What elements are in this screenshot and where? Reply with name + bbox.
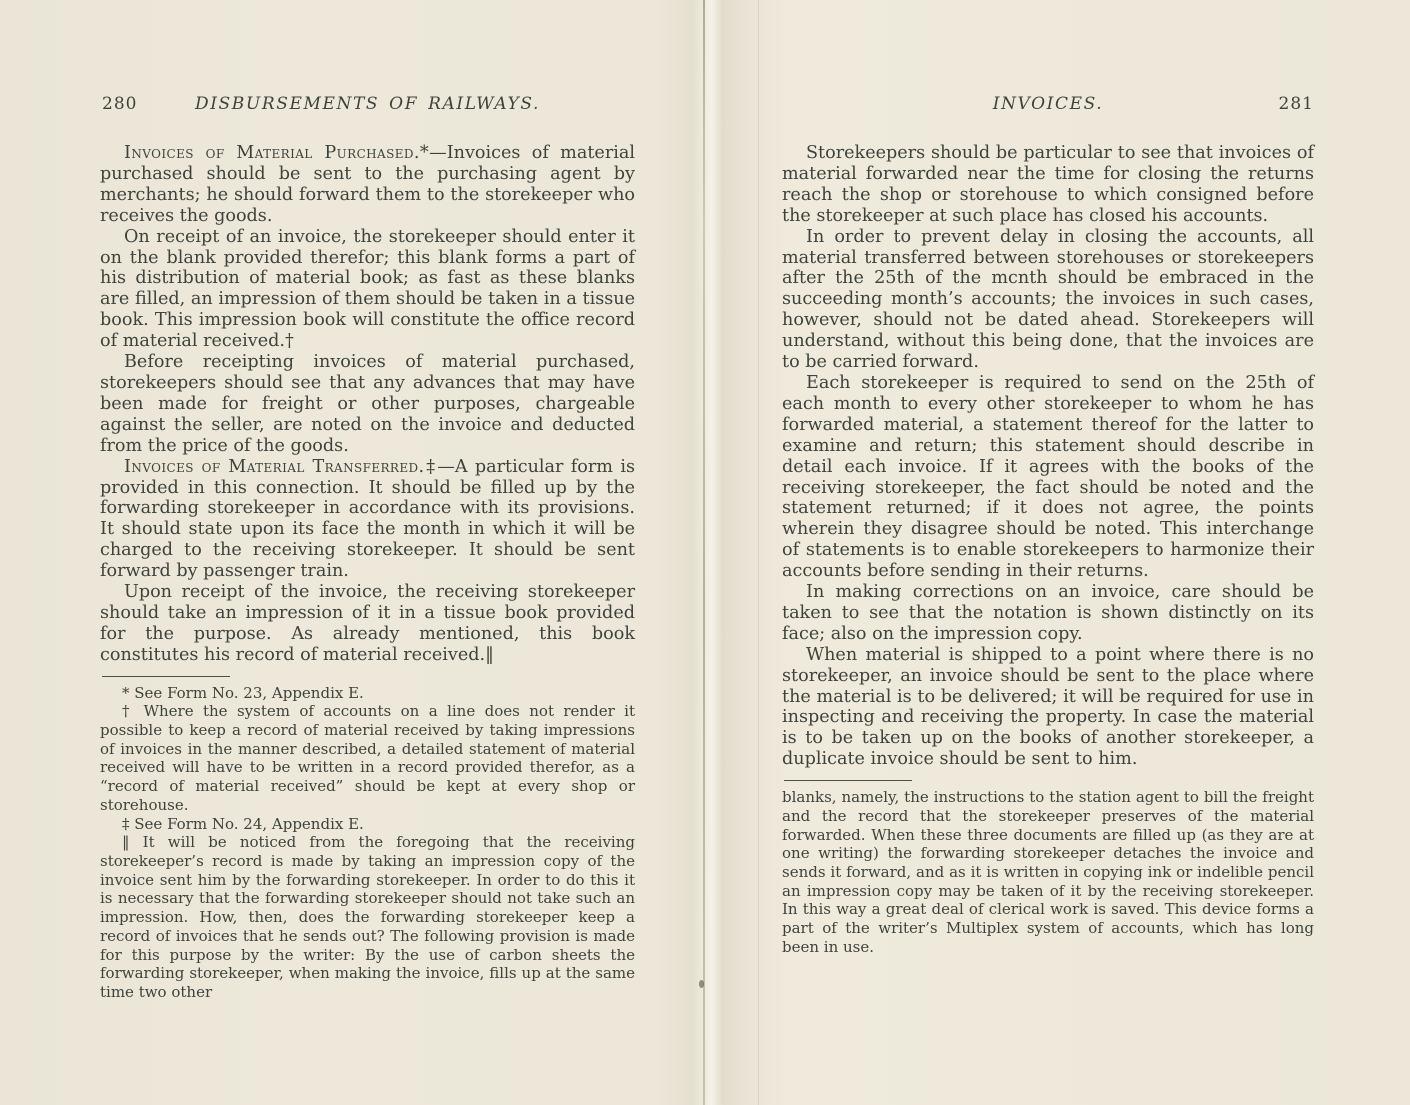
paragraph-text: Upon receipt of the invoice, the receivi… (100, 582, 635, 665)
section-heading-invoices-purchased: Invoices of Material Purchased.* (124, 143, 429, 163)
paragraph-text: Before receipting invoices of material p… (100, 352, 635, 456)
left-page-header: 280 DISBURSEMENTS OF RAILWAYS. (100, 94, 635, 122)
right-running-title: INVOICES. (782, 94, 1314, 114)
paragraph: Before receipting invoices of material p… (100, 352, 635, 457)
paragraph: On receipt of an invoice, the storekeepe… (100, 227, 635, 352)
right-page-body: Storekeepers should be particular to see… (782, 143, 1314, 770)
binding-stitch-mark (699, 980, 704, 988)
paragraph: In order to prevent delay in closing the… (782, 227, 1314, 373)
paragraph: Storekeepers should be particular to see… (782, 143, 1314, 227)
paragraph: Upon receipt of the invoice, the receivi… (100, 582, 635, 666)
book-gutter-shading (655, 0, 790, 1105)
right-page: INVOICES. 281 Storekeepers should be par… (782, 94, 1314, 957)
footnote: * See Form No. 23, Appendix E. (100, 684, 635, 703)
paragraph: Invoices of Material Purchased.*—Invoice… (100, 143, 635, 227)
right-page-edge-line (758, 0, 759, 1105)
spine-crease-line (703, 0, 705, 1105)
paragraph: Invoices of Material Transferred.‡—A par… (100, 457, 635, 582)
footnote: ‖ It will be noticed from the foregoing … (100, 833, 635, 1001)
left-running-title: DISBURSEMENTS OF RAILWAYS. (100, 94, 635, 114)
right-page-footnotes: blanks, namely, the instructions to the … (782, 788, 1314, 956)
footnote-rule (784, 780, 912, 781)
paragraph: Each storekeeper is required to send on … (782, 373, 1314, 582)
left-page-footnotes: * See Form No. 23, Appendix E. † Where t… (100, 684, 635, 1002)
left-page: 280 DISBURSEMENTS OF RAILWAYS. Invoices … (100, 94, 635, 1002)
left-page-body: Invoices of Material Purchased.*—Invoice… (100, 143, 635, 666)
paragraph: When material is shipped to a point wher… (782, 645, 1314, 770)
footnote: † Where the system of accounts on a line… (100, 702, 635, 814)
footnote-rule (102, 676, 230, 677)
footnote-continuation: blanks, namely, the instructions to the … (782, 788, 1314, 956)
right-page-number: 281 (1279, 94, 1314, 114)
paragraph-text: On receipt of an invoice, the storekeepe… (100, 227, 635, 352)
right-page-header: INVOICES. 281 (782, 94, 1314, 122)
section-heading-invoices-transferred: Invoices of Material Transferred.‡ (124, 457, 437, 477)
paragraph: In making corrections on an invoice, car… (782, 582, 1314, 645)
footnote: ‡ See Form No. 24, Appendix E. (100, 815, 635, 834)
